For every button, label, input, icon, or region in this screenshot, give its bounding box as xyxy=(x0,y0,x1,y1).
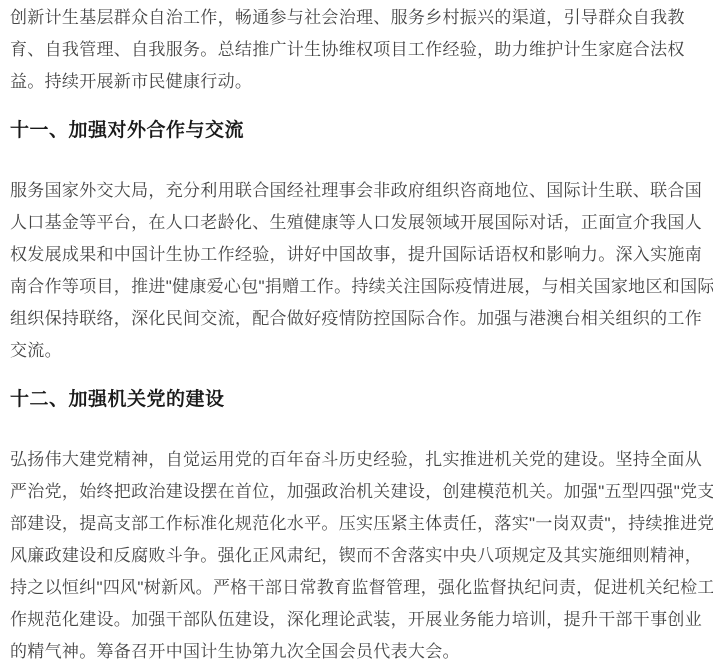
paragraph-line: 南合作等项目，推进"健康爱心包"捐赠工作。持续关注国际疫情进展，与相关国家地区和… xyxy=(10,271,703,303)
paragraph-line: 服务国家外交大局，充分利用联合国经社理事会非政府组织咨商地位、国际计生联、联合国 xyxy=(10,175,703,207)
paragraph-line: 风廉政建设和反腐败斗争。强化正风肃纪，锲而不舍落实中央八项规定及其实施细则精神， xyxy=(10,540,703,572)
paragraph-line: 严治党，始终把政治建设摆在首位，加强政治机关建设，创建模范机关。加强"五型四强"… xyxy=(10,476,703,508)
paragraph: 创新计生基层群众自治工作，畅通参与社会治理、服务乡村振兴的渠道，引导群众自我教 … xyxy=(10,2,703,98)
paragraph-line: 育、自我管理、自我服务。总结推广计生协维权项目工作经验，助力维护计生家庭合法权 xyxy=(10,34,703,66)
paragraph-line: 组织保持联络，深化民间交流，配合做好疫情防控国际合作。加强与港澳台相关组织的工作 xyxy=(10,303,703,335)
paragraph: 服务国家外交大局，充分利用联合国经社理事会非政府组织咨商地位、国际计生联、联合国… xyxy=(10,175,703,367)
paragraph-line: 持之以恒纠"四风"树新风。严格干部日常教育监督管理，强化监督执纪问责，促进机关纪… xyxy=(10,572,703,604)
paragraph-line: 的精气神。筹备召开中国计生协第九次全国会员代表大会。 xyxy=(10,636,703,661)
paragraph-line: 人口基金等平台，在人口老龄化、生殖健康等人口发展领域开展国际对话，正面宣介我国人 xyxy=(10,207,703,239)
paragraph-line: 交流。 xyxy=(10,335,703,367)
paragraph: 弘扬伟大建党精神，自觉运用党的百年奋斗历史经验，扎实推进机关党的建设。坚持全面从… xyxy=(10,444,703,661)
section-heading-12: 十二、加强机关党的建设 xyxy=(10,386,703,414)
section-heading-11: 十一、加强对外合作与交流 xyxy=(10,117,703,145)
paragraph-line: 部建设，提高支部工作标准化规范化水平。压实压紧主体责任，落实"一岗双责"，持续推… xyxy=(10,508,703,540)
paragraph-line: 创新计生基层群众自治工作，畅通参与社会治理、服务乡村振兴的渠道，引导群众自我教 xyxy=(10,2,703,34)
article-body: 创新计生基层群众自治工作，畅通参与社会治理、服务乡村振兴的渠道，引导群众自我教 … xyxy=(0,0,713,661)
paragraph-line: 权发展成果和中国计生协工作经验，讲好中国故事，提升国际话语权和影响力。深入实施南 xyxy=(10,239,703,271)
paragraph-line: 作规范化建设。加强干部队伍建设，深化理论武装，开展业务能力培训，提升干部干事创业 xyxy=(10,604,703,636)
paragraph-line: 益。持续开展新市民健康行动。 xyxy=(10,66,703,98)
paragraph-line: 弘扬伟大建党精神，自觉运用党的百年奋斗历史经验，扎实推进机关党的建设。坚持全面从 xyxy=(10,444,703,476)
